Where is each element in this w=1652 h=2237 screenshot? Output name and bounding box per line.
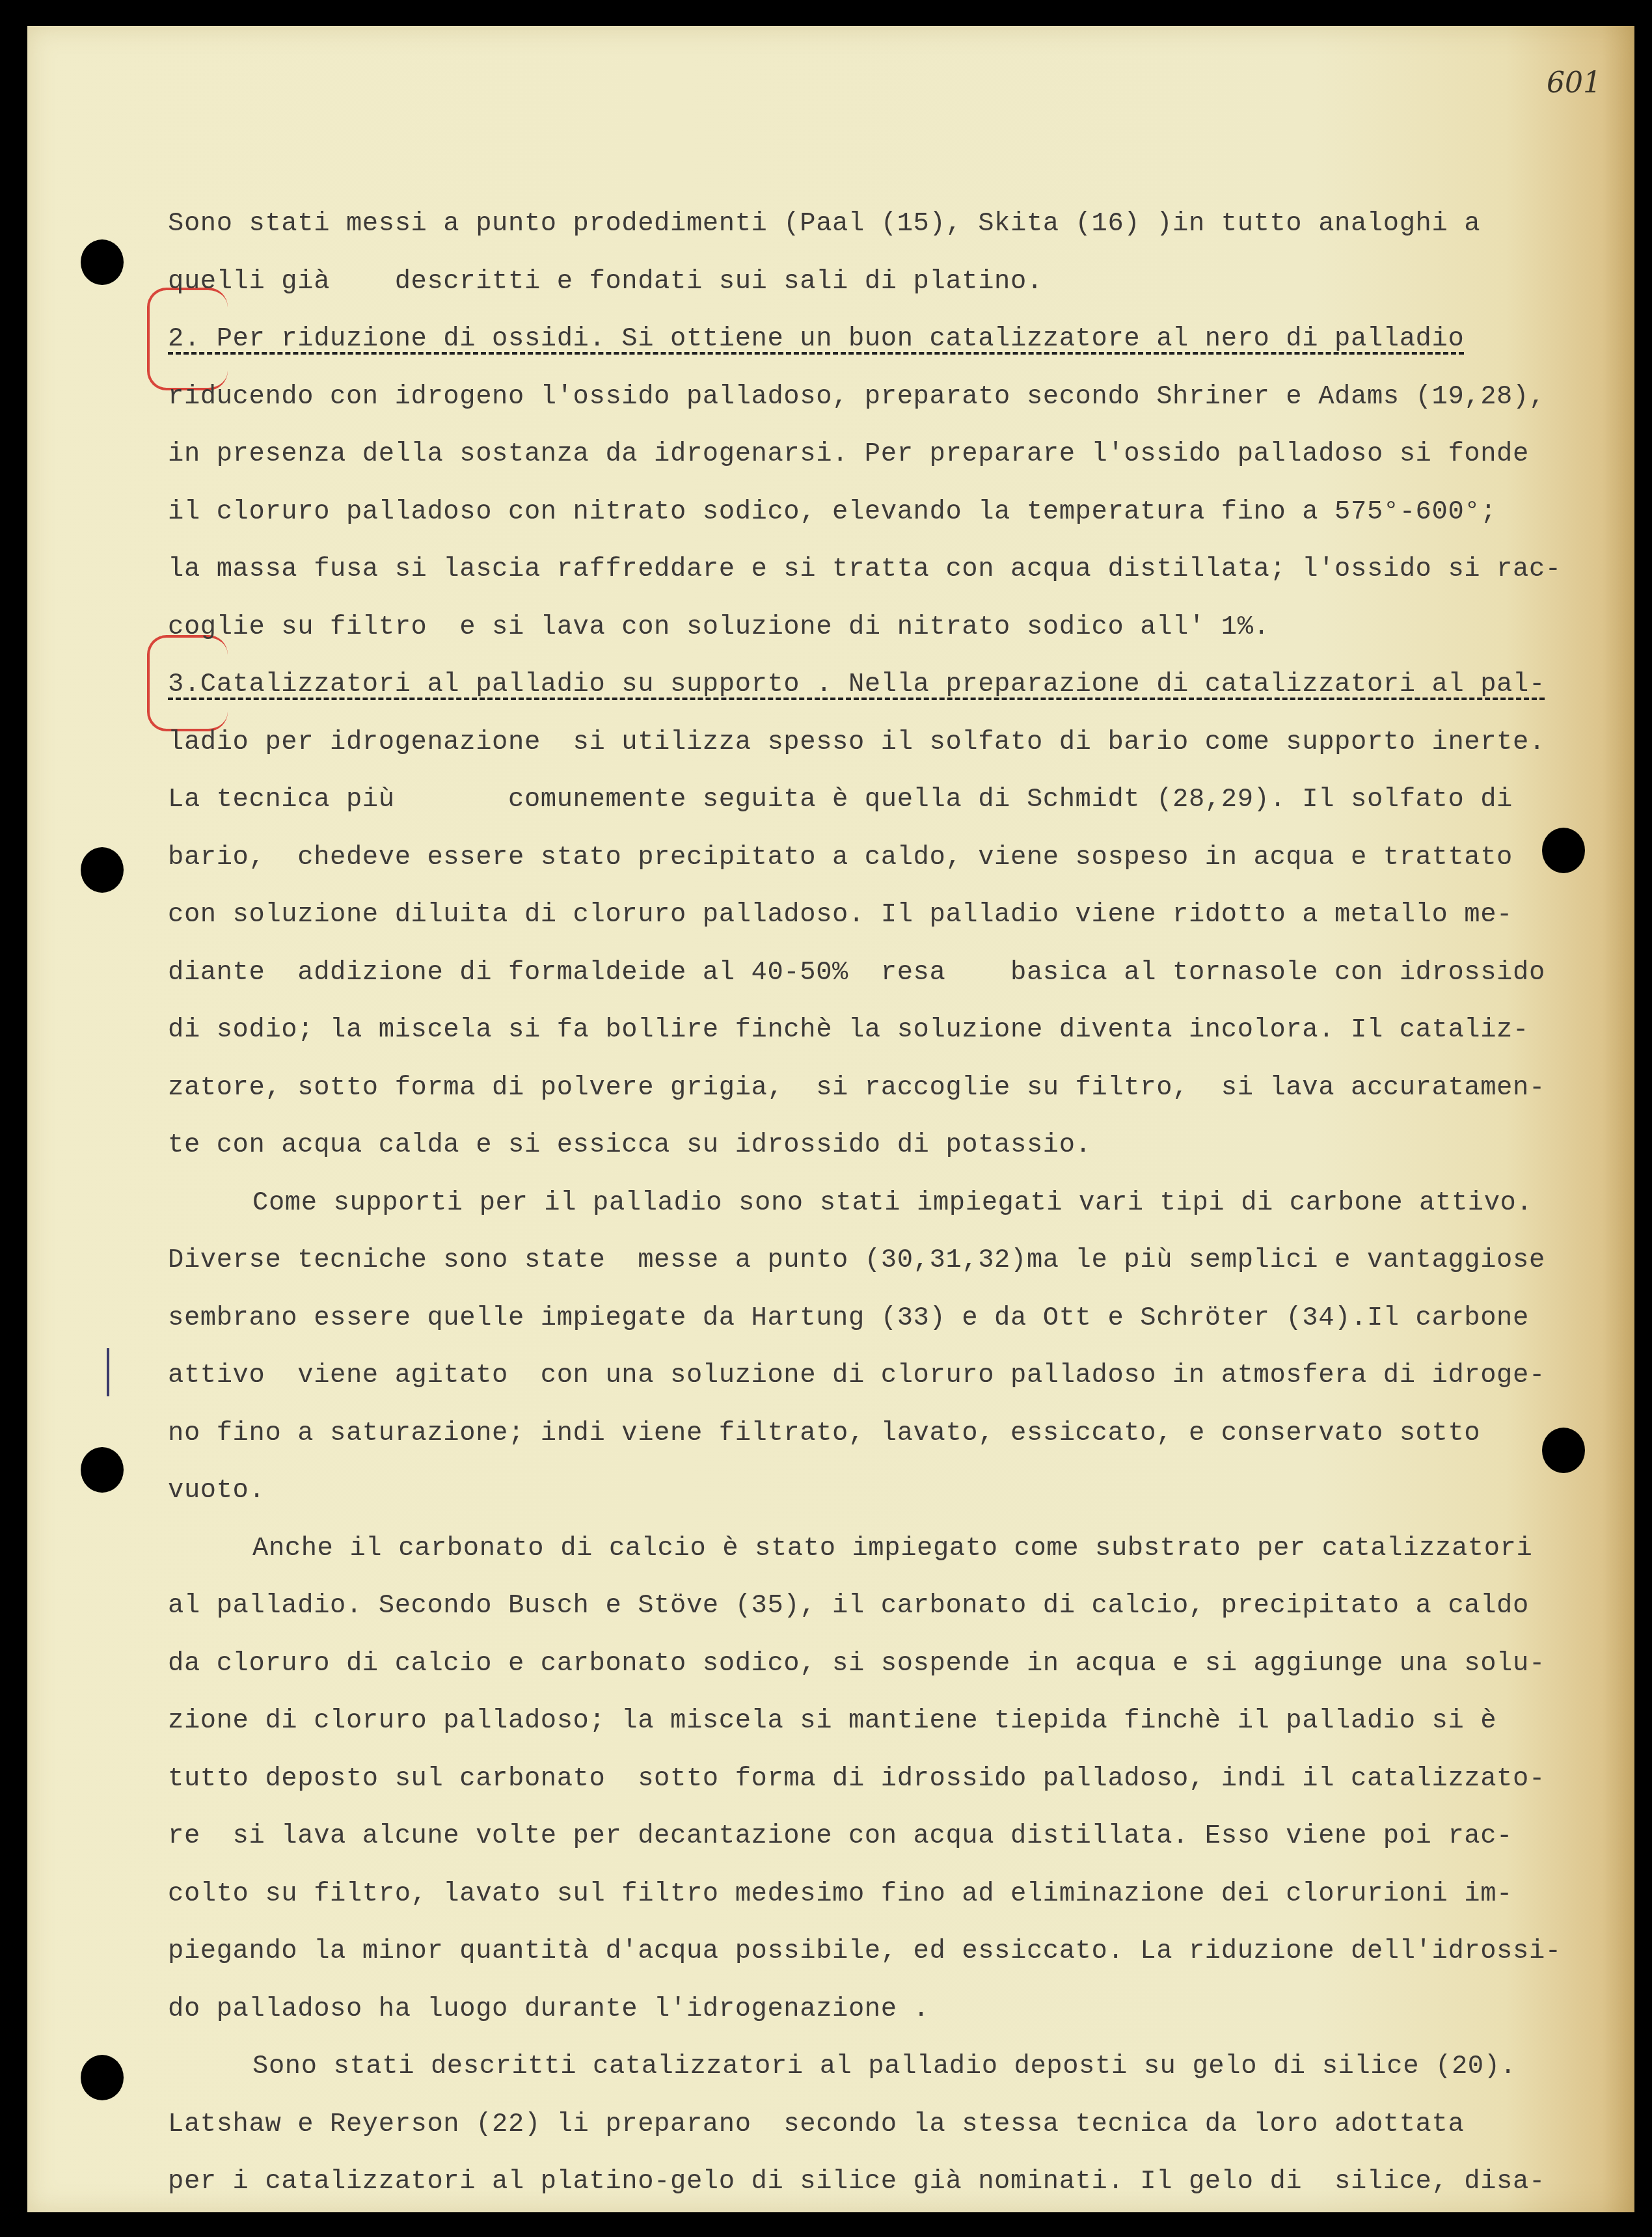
text-line: ladio per idrogenazione si utilizza spes… bbox=[168, 714, 1632, 772]
text-line: la massa fusa si lascia raffreddare e si… bbox=[168, 541, 1632, 599]
text-line: al palladio. Secondo Busch e Stöve (35),… bbox=[168, 1577, 1632, 1635]
text-line: zione di cloruro palladoso; la miscela s… bbox=[168, 1692, 1632, 1750]
text-line: La tecnica più comunemente seguita è que… bbox=[168, 771, 1632, 829]
text-line: Latshaw e Reyerson (22) li preparano sec… bbox=[168, 2096, 1632, 2154]
paragraph-start-line: Sono stati descritti catalizzatori al pa… bbox=[168, 2038, 1632, 2096]
text-line: vuoto. bbox=[168, 1462, 1632, 1520]
text-line: sembrano essere quelle impiegate da Hart… bbox=[168, 1290, 1632, 1348]
section-heading-line: 3.Catalizzatori al palladio su supporto … bbox=[168, 656, 1632, 714]
typewritten-text: Sono stati messi a punto prodedimenti (P… bbox=[168, 195, 1632, 2211]
text-line: da cloruro di calcio e carbonato sodico,… bbox=[168, 1635, 1632, 1693]
paragraph-start-line: Anche il carbonato di calcio è stato imp… bbox=[168, 1520, 1632, 1578]
text-line: Diverse tecniche sono state messe a punt… bbox=[168, 1232, 1632, 1290]
text-line: te con acqua calda e si essicca su idros… bbox=[168, 1117, 1632, 1174]
punch-hole bbox=[81, 239, 124, 285]
text-line: re si lava alcune volte per decantazione… bbox=[168, 1808, 1632, 1865]
punch-hole bbox=[81, 2055, 124, 2100]
text-line: do palladoso ha luogo durante l'idrogena… bbox=[168, 1981, 1632, 2039]
scan-border bbox=[0, 2212, 1652, 2237]
text-line: no fino a saturazione; indi viene filtra… bbox=[168, 1405, 1632, 1463]
text-line: bario, chedeve essere stato precipitato … bbox=[168, 829, 1632, 887]
text-line: per i catalizzatori al platino-gelo di s… bbox=[168, 2153, 1632, 2211]
text-line: riducendo con idrogeno l'ossido pallados… bbox=[168, 368, 1632, 426]
punch-hole bbox=[81, 847, 124, 893]
text-line: quelli già descritti e fondati sui sali … bbox=[168, 253, 1632, 311]
text-line: attivo viene agitato con una soluzione d… bbox=[168, 1347, 1632, 1405]
text-line: colto su filtro, lavato sul filtro medes… bbox=[168, 1865, 1632, 1923]
text-line: coglie su filtro e si lava con soluzione… bbox=[168, 599, 1632, 657]
section-heading-line: 2. Per riduzione di ossidi. Si ottiene u… bbox=[168, 310, 1632, 368]
text-line: diante addizione di formaldeide al 40-50… bbox=[168, 944, 1632, 1002]
text-line: tutto deposto sul carbonato sotto forma … bbox=[168, 1750, 1632, 1808]
text-line: in presenza della sostanza da idrogenars… bbox=[168, 426, 1632, 483]
text-line: zatore, sotto forma di polvere grigia, s… bbox=[168, 1059, 1632, 1117]
text-line: piegando la minor quantità d'acqua possi… bbox=[168, 1923, 1632, 1981]
text-line: Sono stati messi a punto prodedimenti (P… bbox=[168, 195, 1632, 253]
text-line: con soluzione diluita di cloruro pallado… bbox=[168, 886, 1632, 944]
handwritten-page-number: 601 bbox=[1547, 66, 1601, 100]
paragraph-start-line: Come supporti per il palladio sono stati… bbox=[168, 1174, 1632, 1232]
text-line: di sodio; la miscela si fa bollire finch… bbox=[168, 1001, 1632, 1059]
punch-hole bbox=[81, 1447, 124, 1493]
text-line: il cloruro palladoso con nitrato sodico,… bbox=[168, 483, 1632, 541]
margin-correction-mark bbox=[107, 1348, 109, 1396]
